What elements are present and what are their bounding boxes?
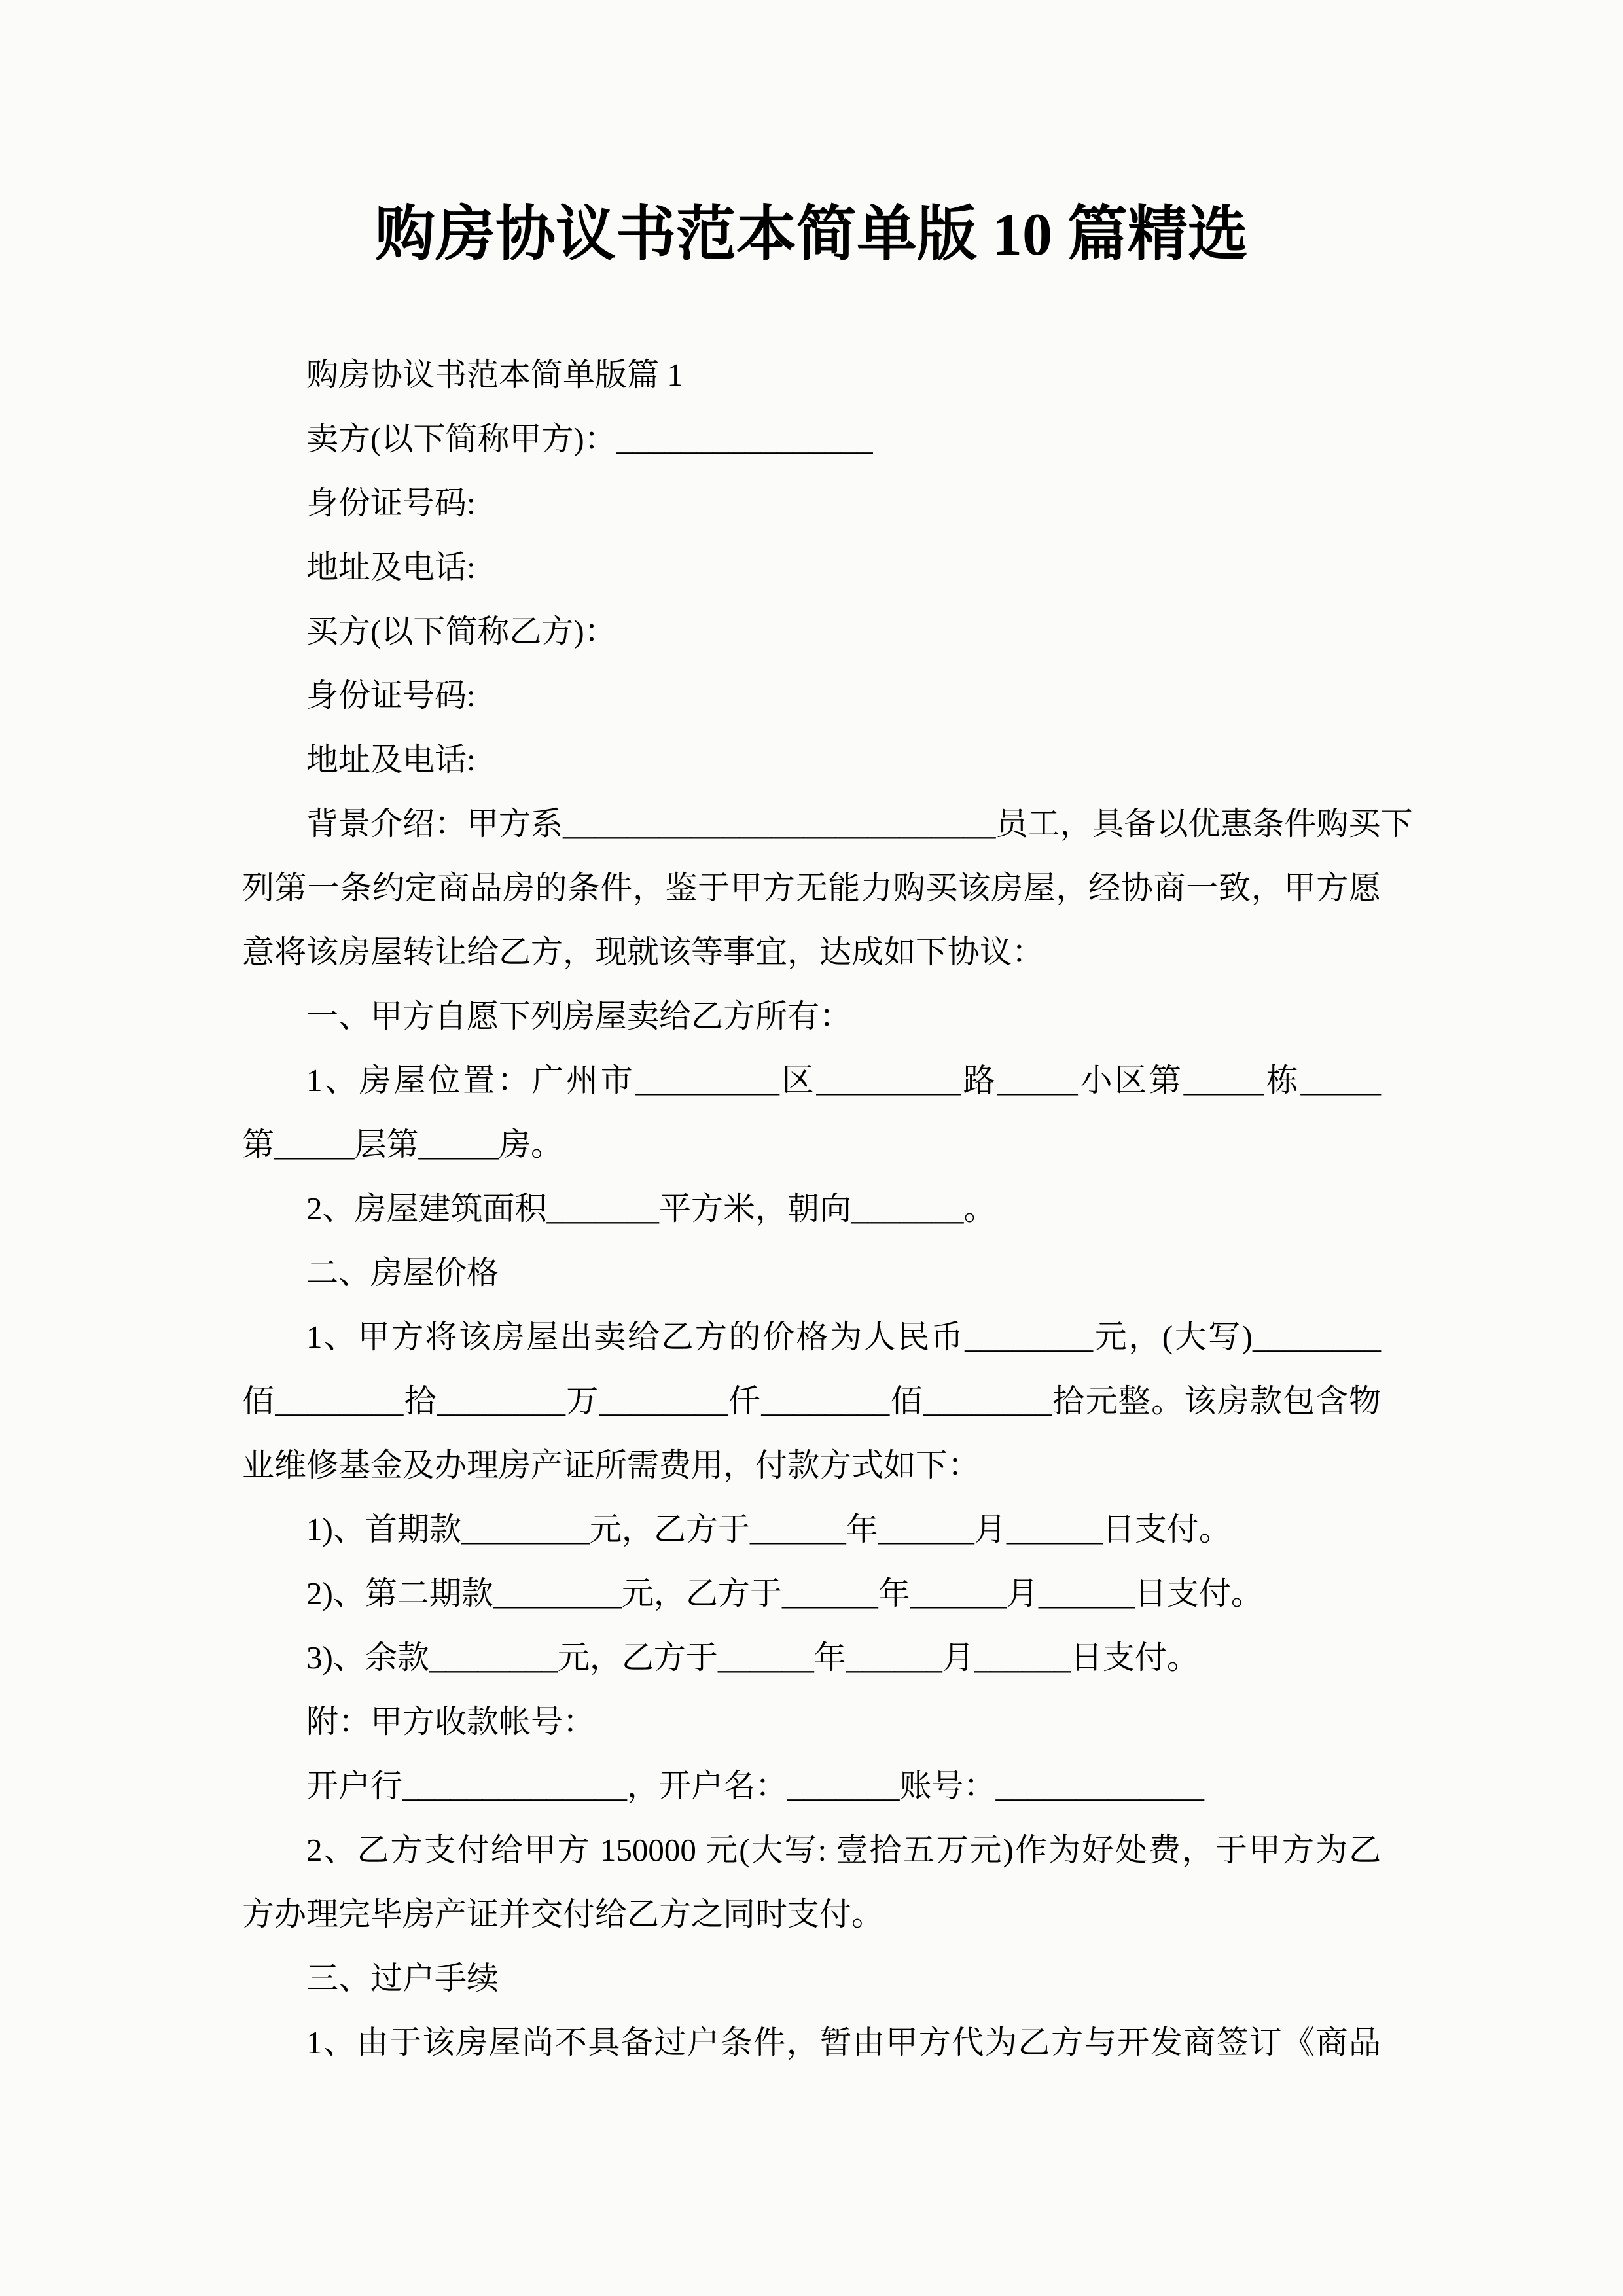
- document-line: 方办理完毕房产证并交付给乙方之同时支付。: [242, 1882, 1381, 1946]
- document-line: 2、房屋建筑面积_______平方米，朝向_______。: [242, 1177, 1381, 1241]
- document-line: 开户行______________，开户名：_______账号：________…: [242, 1754, 1381, 1818]
- document-line: 列第一条约定商品房的条件，鉴于甲方无能力购买该房屋，经协商一致，甲方愿: [242, 856, 1381, 920]
- document-line: 身份证号码:: [242, 471, 1381, 535]
- document-line: 买方(以下简称乙方)：: [242, 600, 1381, 664]
- document-line: 地址及电话:: [242, 728, 1381, 792]
- document-line: 二、房屋价格: [242, 1241, 1381, 1305]
- document-line: 1、由于该房屋尚不具备过户条件，暂由甲方代为乙方与开发商签订《商品: [242, 2011, 1381, 2075]
- document-body: 购房协议书范本简单版篇 1 卖方(以下简称甲方)：_______________…: [242, 343, 1381, 2075]
- document-line: 附：甲方收款帐号：: [242, 1690, 1381, 1754]
- document-line: 1、甲方将该房屋出卖给乙方的价格为人民币________元，(大写)______…: [242, 1305, 1381, 1369]
- document-line: 卖方(以下简称甲方)：________________: [242, 407, 1381, 471]
- document-line: 1)、首期款________元，乙方于______年______月______日…: [242, 1498, 1381, 1562]
- document-line: 2、乙方支付给甲方 150000 元(大写: 壹拾五万元)作为好处费，于甲方为乙: [242, 1818, 1381, 1882]
- document-line: 身份证号码:: [242, 664, 1381, 728]
- document-line: 2)、第二期款________元，乙方于______年______月______…: [242, 1562, 1381, 1626]
- document-line: 背景介绍：甲方系___________________________员工，具备…: [242, 792, 1381, 856]
- document-line: 一、甲方自愿下列房屋卖给乙方所有：: [242, 984, 1381, 1049]
- document-line: 购房协议书范本简单版篇 1: [242, 343, 1381, 407]
- document-line: 地址及电话:: [242, 535, 1381, 600]
- document-line: 佰________拾________万________仟________佰___…: [242, 1369, 1381, 1433]
- document-title: 购房协议书范本简单版 10 篇精选: [0, 202, 1623, 267]
- document-line: 意将该房屋转让给乙方，现就该等事宜，达成如下协议：: [242, 920, 1381, 984]
- document-line: 业维修基金及办理房产证所需费用，付款方式如下：: [242, 1433, 1381, 1498]
- document-line: 3)、余款________元，乙方于______年______月______日支…: [242, 1626, 1381, 1690]
- document-line: 三、过户手续: [242, 1946, 1381, 2011]
- document-page: 购房协议书范本简单版 10 篇精选 购房协议书范本简单版篇 1 卖方(以下简称甲…: [0, 0, 1623, 2296]
- document-line: 1、房屋位置：广州市_________区_________路_____小区第__…: [242, 1049, 1381, 1113]
- document-line: 第_____层第_____房。: [242, 1113, 1381, 1177]
